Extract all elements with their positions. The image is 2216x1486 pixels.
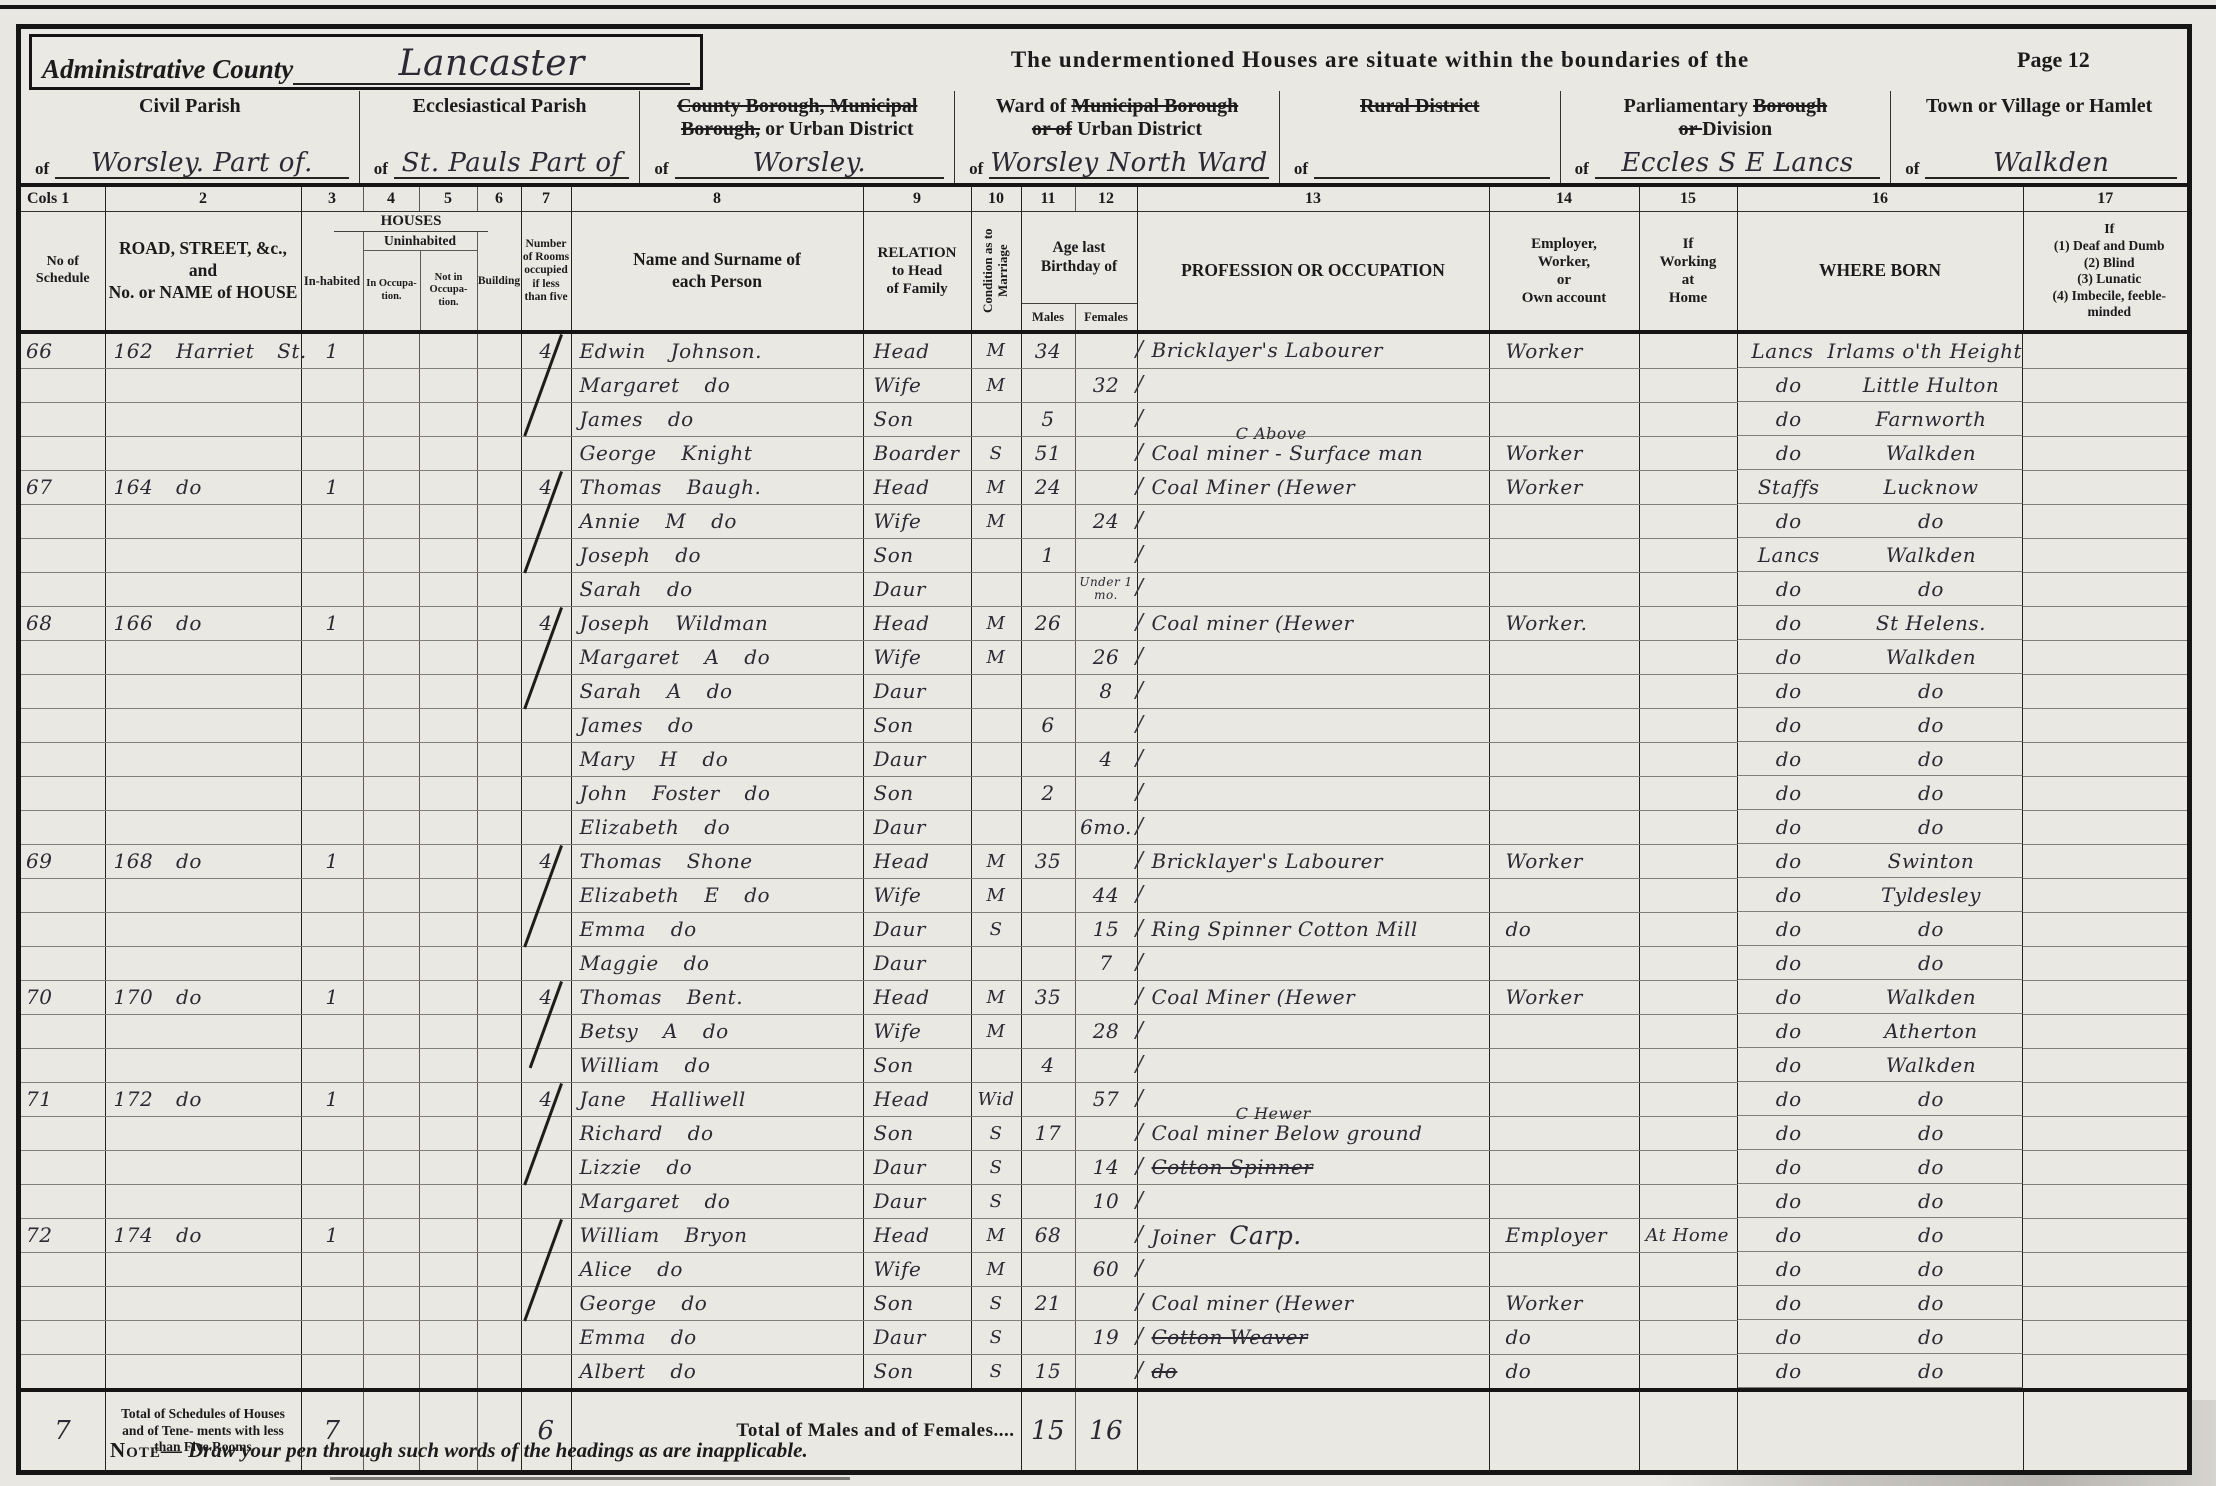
table-row: 66162 Harriet St.14Edwin Johnson.HeadM34… (21, 332, 2187, 368)
cell-not-in-occupation (419, 878, 477, 912)
cell-working-at-home (1639, 1320, 1737, 1354)
cell-in-occupation (363, 1286, 419, 1320)
relation-header-line2: to Head (864, 262, 971, 280)
cell-building (477, 572, 521, 606)
cell-relation: Head (863, 332, 971, 368)
totals-empty-cell (2023, 1390, 2187, 1470)
born-place: do (1840, 1257, 2022, 1281)
cell-employer-status (1489, 1150, 1639, 1184)
born-county: do (1738, 1291, 1840, 1315)
col-num-1: Cols 1 (21, 187, 105, 212)
occupation-correction: C Above (1236, 424, 1307, 443)
cell-relation: Boarder (863, 436, 971, 470)
cell-inhabited (301, 946, 363, 980)
born-place: do (1840, 1121, 2022, 1145)
cell-in-occupation (363, 368, 419, 402)
cell-working-at-home (1639, 1048, 1737, 1082)
condition-rotated-label: Condition as to Marriage (981, 212, 1011, 330)
born-place: do (1840, 1291, 2022, 1315)
cell-employer-status: do (1489, 912, 1639, 946)
cell-condition (971, 402, 1021, 436)
cell-person-name: Elizabeth E do (571, 878, 863, 912)
cell-in-occupation (363, 810, 419, 844)
cell-where-born: dodo (1738, 504, 2024, 538)
cell-condition: S (971, 1184, 1021, 1218)
totals-empty-cell (1489, 1390, 1639, 1470)
boundary-value: Worsley North Ward (989, 150, 1269, 179)
occupation-text: Bricklayer's Labourer (1152, 338, 1384, 362)
cell-employer-status (1489, 878, 1639, 912)
cell-building (477, 368, 521, 402)
cell-employer-status (1489, 538, 1639, 572)
cell-working-at-home (1639, 1014, 1737, 1048)
boundary-label-segment: Borough (1753, 95, 1827, 117)
col-num-16: 16 (1737, 187, 2023, 212)
boundary-parliamentary-division: Parliamentary Boroughor DivisionofEccles… (1560, 91, 1891, 183)
cell-where-born: LancsIrlams o'th Height (1738, 334, 2024, 368)
cell-not-in-occupation (419, 708, 477, 742)
table-row: Sarah doDaurUnder 1 mo.dodo (21, 572, 2187, 606)
cell-building (477, 470, 521, 504)
col-header-age-group: Age last Birthday of Males Females (1021, 212, 1137, 333)
cell-rooms: 4 (521, 844, 571, 878)
col-num-9: 9 (863, 187, 971, 212)
cell-infirmity (2023, 1150, 2187, 1184)
cell-rooms: 4 (521, 332, 571, 368)
cell-in-occupation (363, 674, 419, 708)
cell-not-in-occupation (419, 1184, 477, 1218)
born-place: Walkden (1840, 645, 2022, 669)
born-place: Atherton (1840, 1019, 2022, 1043)
cell-building (477, 878, 521, 912)
cell-schedule-number (21, 368, 105, 402)
boundary-label-line: Parliamentary Borough (1561, 95, 1891, 118)
cell-condition: M (971, 606, 1021, 640)
age-title: Age last Birthday of (1022, 212, 1137, 303)
boundary-label-line: Town or Village or Hamlet (1891, 95, 2187, 118)
cell-relation: Wife (863, 368, 971, 402)
cell-person-name: Richard do (571, 1116, 863, 1150)
cell-schedule-number: 72 (21, 1218, 105, 1252)
cell-building (477, 946, 521, 980)
table-row: Sarah A doDaur8dodo (21, 674, 2187, 708)
cell-road-name: 166 do (105, 606, 301, 640)
born-place: do (1840, 1155, 2022, 1179)
cell-person-name: Mary H do (571, 742, 863, 776)
cell-inhabited (301, 810, 363, 844)
cell-road-name (105, 436, 301, 470)
col-header-inhabited: In-habited (302, 232, 364, 330)
cell-employer-status (1489, 708, 1639, 742)
cell-road-name (105, 1048, 301, 1082)
boundary-value: Worsley. (675, 150, 945, 179)
cell-person-name: Sarah A do (571, 674, 863, 708)
boundary-label-line: Ward of Municipal Borough (955, 95, 1279, 118)
cell-road-name (105, 912, 301, 946)
boundary-of-prefix: of (1575, 159, 1589, 179)
cell-infirmity (2023, 1014, 2187, 1048)
boundary-of-prefix: of (374, 159, 388, 179)
cell-working-at-home (1639, 776, 1737, 810)
cell-person-name: James do (571, 708, 863, 742)
cell-relation: Wife (863, 878, 971, 912)
cell-infirmity (2023, 332, 2187, 368)
cell-occupation (1137, 674, 1489, 708)
col-num-6: 6 (477, 187, 521, 212)
born-county: Staffs (1738, 475, 1840, 499)
cell-infirmity (2023, 1286, 2187, 1320)
cell-working-at-home (1639, 1116, 1737, 1150)
cell-employer-status: Worker. (1489, 606, 1639, 640)
cell-building (477, 640, 521, 674)
column-header-row: No of Schedule ROAD, STREET, &c., and No… (21, 212, 2187, 333)
born-county: do (1738, 747, 1840, 771)
cell-building (477, 538, 521, 572)
cell-female-age (1075, 1218, 1137, 1252)
form-note: Note— Draw your pen through such words o… (110, 1438, 808, 1463)
cell-condition (971, 742, 1021, 776)
born-place: do (1840, 1223, 2022, 1247)
cell-inhabited (301, 1286, 363, 1320)
cell-male-age (1021, 640, 1075, 674)
col-header-not-in-occupation: Not in Occupa- tion. (421, 251, 477, 330)
col-num-4: 4 (363, 187, 419, 212)
census-page: Administrative County Lancaster The unde… (0, 0, 2216, 1486)
name-header-line2: each Person (572, 271, 863, 293)
born-county: do (1738, 611, 1840, 635)
cell-occupation: Bricklayer's Labourer (1137, 844, 1489, 878)
table-row: James doSon5doFarnworth (21, 402, 2187, 436)
occupation-text: do (1152, 1359, 1178, 1383)
table-row: George KnightBoarderS51C AboveCoal miner… (21, 436, 2187, 470)
born-place: Farnworth (1840, 407, 2022, 431)
cell-female-age (1075, 776, 1137, 810)
born-county: do (1738, 373, 1840, 397)
boundary-label: Rural District (1280, 95, 1560, 118)
table-row: Margaret doWifeM32doLittle Hulton (21, 368, 2187, 402)
cell-road-name (105, 368, 301, 402)
cell-schedule-number: 71 (21, 1082, 105, 1116)
cell-male-age (1021, 1320, 1075, 1354)
cell-infirmity (2023, 368, 2187, 402)
cell-male-age: 51 (1021, 436, 1075, 470)
cell-employer-status: Worker (1489, 980, 1639, 1014)
cell-infirmity (2023, 708, 2187, 742)
cell-employer-status (1489, 946, 1639, 980)
cell-in-occupation (363, 776, 419, 810)
cell-employer-status: Worker (1489, 1286, 1639, 1320)
cell-schedule-number (21, 1116, 105, 1150)
col-header-rooms: Number of Rooms occupied if less than fi… (521, 212, 571, 333)
cell-male-age: 1 (1021, 538, 1075, 572)
cell-rooms (521, 742, 571, 776)
boundary-label-segment: Rural District (1360, 95, 1479, 117)
cell-road-name (105, 776, 301, 810)
cell-where-born: dodo (1738, 1218, 2024, 1252)
cell-condition (971, 708, 1021, 742)
born-county: do (1738, 509, 1840, 533)
cell-inhabited (301, 402, 363, 436)
born-place: do (1840, 781, 2022, 805)
cell-relation: Son (863, 1048, 971, 1082)
cell-relation: Head (863, 606, 971, 640)
boundary-header-band: Civil ParishofWorsley. Part of.Ecclesias… (21, 91, 2187, 187)
cell-road-name (105, 1184, 301, 1218)
col-num-7: 7 (521, 187, 571, 212)
cell-female-age: 14 (1075, 1150, 1137, 1184)
table-row: 70170 do14Thomas Bent.HeadM35Coal Miner … (21, 980, 2187, 1014)
cell-building (477, 332, 521, 368)
cell-occupation (1137, 368, 1489, 402)
cell-building (477, 402, 521, 436)
cell-not-in-occupation (419, 1286, 477, 1320)
cell-not-in-occupation (419, 1048, 477, 1082)
cell-schedule-number (21, 572, 105, 606)
cell-occupation: C AboveCoal miner - Surface man (1137, 436, 1489, 470)
cell-condition: S (971, 1320, 1021, 1354)
table-row: 71172 do14Jane HalliwellHeadWid57dodo (21, 1082, 2187, 1116)
col-num-10: 10 (971, 187, 1021, 212)
occupation-text: Coal miner (Hewer (1152, 1291, 1354, 1315)
cell-person-name: Margaret A do (571, 640, 863, 674)
born-county: do (1738, 1359, 1840, 1383)
cell-relation: Daur (863, 1150, 971, 1184)
cell-female-age: 24 (1075, 504, 1137, 538)
cell-inhabited: 1 (301, 470, 363, 504)
cell-infirmity (2023, 878, 2187, 912)
cell-employer-status: Worker (1489, 844, 1639, 878)
cell-condition (971, 538, 1021, 572)
cell-building (477, 1150, 521, 1184)
cell-relation: Wife (863, 1014, 971, 1048)
cell-person-name: Edwin Johnson. (571, 332, 863, 368)
cell-relation: Daur (863, 1320, 971, 1354)
cell-schedule-number (21, 810, 105, 844)
cell-schedule-number (21, 912, 105, 946)
cell-employer-status (1489, 1048, 1639, 1082)
cell-female-age: 19 (1075, 1320, 1137, 1354)
cell-condition: M (971, 1014, 1021, 1048)
cell-female-age (1075, 1286, 1137, 1320)
infirmity-item-2: (2) Blind (2032, 255, 2188, 271)
boundary-of-prefix: of (35, 159, 49, 179)
col-header-name: Name and Surname of each Person (571, 212, 863, 333)
boundary-label-segment: Parliamentary (1624, 95, 1753, 117)
cell-working-at-home (1639, 606, 1737, 640)
cell-not-in-occupation (419, 810, 477, 844)
cell-occupation (1137, 946, 1489, 980)
cell-male-age (1021, 912, 1075, 946)
cell-building (477, 436, 521, 470)
cell-relation: Son (863, 1286, 971, 1320)
cell-road-name: 168 do (105, 844, 301, 878)
cell-road-name: 170 do (105, 980, 301, 1014)
col-header-road: ROAD, STREET, &c., and No. or NAME of HO… (105, 212, 301, 333)
cell-occupation (1137, 1184, 1489, 1218)
cell-infirmity (2023, 436, 2187, 470)
col-header-where-born: WHERE BORN (1737, 212, 2023, 333)
born-county: do (1738, 985, 1840, 1009)
boundary-label: Ward of Municipal Boroughor of Urban Dis… (955, 95, 1279, 141)
cell-male-age (1021, 368, 1075, 402)
boundary-value-line: ofSt. Pauls Part of (360, 150, 640, 183)
occupation-text: Coal miner Below ground (1152, 1121, 1423, 1145)
cell-employer-status (1489, 674, 1639, 708)
cell-schedule-number (21, 1252, 105, 1286)
cell-condition (971, 674, 1021, 708)
cell-employer-status (1489, 640, 1639, 674)
cell-where-born: dodo (1738, 1354, 2024, 1388)
cell-where-born: dodo (1738, 776, 2024, 810)
born-county: do (1738, 577, 1840, 601)
cell-building (477, 980, 521, 1014)
cell-infirmity (2023, 674, 2187, 708)
cell-person-name: Emma do (571, 1320, 863, 1354)
cell-employer-status (1489, 742, 1639, 776)
totals-males-count: 15 (1021, 1390, 1075, 1470)
infirmity-item-4b: minded (2032, 304, 2188, 320)
cell-road-name (105, 640, 301, 674)
cell-condition (971, 1048, 1021, 1082)
admin-strip: Administrative County Lancaster The unde… (21, 29, 2187, 91)
cell-working-at-home (1639, 402, 1737, 436)
cell-occupation: Cotton Spinner (1137, 1150, 1489, 1184)
cell-inhabited (301, 1184, 363, 1218)
cell-building (477, 504, 521, 538)
cell-road-name: 162 Harriet St. (105, 332, 301, 368)
cell-inhabited (301, 572, 363, 606)
cell-not-in-occupation (419, 742, 477, 776)
administrative-county-value: Lancaster (293, 46, 690, 85)
cell-infirmity (2023, 810, 2187, 844)
boundary-county-borough-urban-district: County Borough, MunicipalBorough, or Urb… (639, 91, 954, 183)
cell-female-age (1075, 332, 1137, 368)
boundary-value: Eccles S E Lancs (1595, 150, 1881, 179)
boundary-value: St. Pauls Part of (394, 150, 630, 179)
cell-in-occupation (363, 1014, 419, 1048)
cell-schedule-number (21, 776, 105, 810)
situate-text: The undermentioned Houses are situate wi… (703, 47, 2017, 73)
cell-road-name (105, 1116, 301, 1150)
cell-employer-status (1489, 368, 1639, 402)
cell-employer-status: do (1489, 1320, 1639, 1354)
cell-working-at-home (1639, 1150, 1737, 1184)
cell-person-name: Betsy A do (571, 1014, 863, 1048)
cell-in-occupation (363, 606, 419, 640)
cell-relation: Daur (863, 810, 971, 844)
relation-header-line3: of Family (864, 280, 971, 298)
infirmity-item-1: (1) Deaf and Dumb (2032, 238, 2188, 254)
cell-inhabited (301, 742, 363, 776)
cell-rooms: 4 (521, 606, 571, 640)
uninhabited-title: Uninhabited (364, 232, 477, 251)
born-county: do (1738, 679, 1840, 703)
cell-relation: Wife (863, 1252, 971, 1286)
houses-title: HOUSES (334, 213, 487, 232)
boundary-label-line: Rural District (1280, 95, 1560, 118)
cell-inhabited (301, 640, 363, 674)
cell-employer-status (1489, 402, 1639, 436)
cell-relation: Wife (863, 640, 971, 674)
boundary-town-or-village: Town or Village or HamletofWalkden (1890, 91, 2187, 183)
cell-female-age: 28 (1075, 1014, 1137, 1048)
form-frame: Administrative County Lancaster The unde… (16, 24, 2192, 1475)
cell-rooms (521, 708, 571, 742)
cell-working-at-home (1639, 538, 1737, 572)
cell-inhabited (301, 538, 363, 572)
cell-where-born: doTyldesley (1738, 878, 2024, 912)
cell-female-age (1075, 470, 1137, 504)
cell-road-name (105, 878, 301, 912)
born-county: do (1738, 645, 1840, 669)
cell-condition: S (971, 1354, 1021, 1390)
cell-in-occupation (363, 1252, 419, 1286)
cell-in-occupation (363, 572, 419, 606)
cell-male-age (1021, 1150, 1075, 1184)
cell-building (477, 742, 521, 776)
cell-female-age (1075, 538, 1137, 572)
table-row: John Foster doSon2dodo (21, 776, 2187, 810)
cell-female-age: 4 (1075, 742, 1137, 776)
cell-person-name: Thomas Bent. (571, 980, 863, 1014)
cell-female-age (1075, 1048, 1137, 1082)
cell-not-in-occupation (419, 1218, 477, 1252)
cell-inhabited (301, 1014, 363, 1048)
cell-not-in-occupation (419, 470, 477, 504)
cell-female-age (1075, 1116, 1137, 1150)
cell-schedule-number (21, 1150, 105, 1184)
cell-condition: S (971, 436, 1021, 470)
cell-occupation: Coal miner (Hewer (1137, 1286, 1489, 1320)
cell-condition (971, 946, 1021, 980)
col-header-houses-group: HOUSES In-habited Uninhabited In Occupa-… (301, 212, 521, 333)
cell-rooms: 4 (521, 1082, 571, 1116)
born-county: do (1738, 1087, 1840, 1111)
cell-relation: Daur (863, 742, 971, 776)
cell-person-name: Thomas Baugh. (571, 470, 863, 504)
cell-working-at-home (1639, 572, 1737, 606)
census-table: Cols 1 2 3 4 5 6 7 8 9 10 11 12 13 14 15… (21, 187, 2187, 1470)
table-row: Richard doSonS17C HewerCoal miner Below … (21, 1116, 2187, 1150)
cell-where-born: dodo (1738, 1252, 2024, 1286)
cell-male-age: 24 (1021, 470, 1075, 504)
cell-where-born: doLittle Hulton (1738, 368, 2024, 402)
boundary-label-segment: Division (1702, 118, 1772, 140)
cell-infirmity (2023, 572, 2187, 606)
born-place: do (1840, 747, 2022, 771)
cell-infirmity (2023, 1252, 2187, 1286)
cell-in-occupation (363, 332, 419, 368)
cell-occupation (1137, 878, 1489, 912)
table-row: Annie M doWifeM24dodo (21, 504, 2187, 538)
cell-not-in-occupation (419, 776, 477, 810)
cell-not-in-occupation (419, 1252, 477, 1286)
col-header-working-at-home: If Working at Home (1639, 212, 1737, 333)
born-county: Lancs (1738, 543, 1840, 567)
col-header-building: Building (478, 232, 521, 330)
cell-relation: Head (863, 844, 971, 878)
cell-female-age (1075, 402, 1137, 436)
cell-employer-status (1489, 504, 1639, 538)
cell-in-occupation (363, 1320, 419, 1354)
born-county: do (1738, 1121, 1840, 1145)
boundary-label-segment: Ecclesiastical Parish (413, 95, 587, 117)
col-num-2: 2 (105, 187, 301, 212)
infirmity-item-3: (3) Lunatic (2032, 271, 2188, 287)
born-place: Walkden (1840, 441, 2022, 465)
cell-relation: Son (863, 776, 971, 810)
col-header-schedule: No of Schedule (21, 212, 105, 333)
